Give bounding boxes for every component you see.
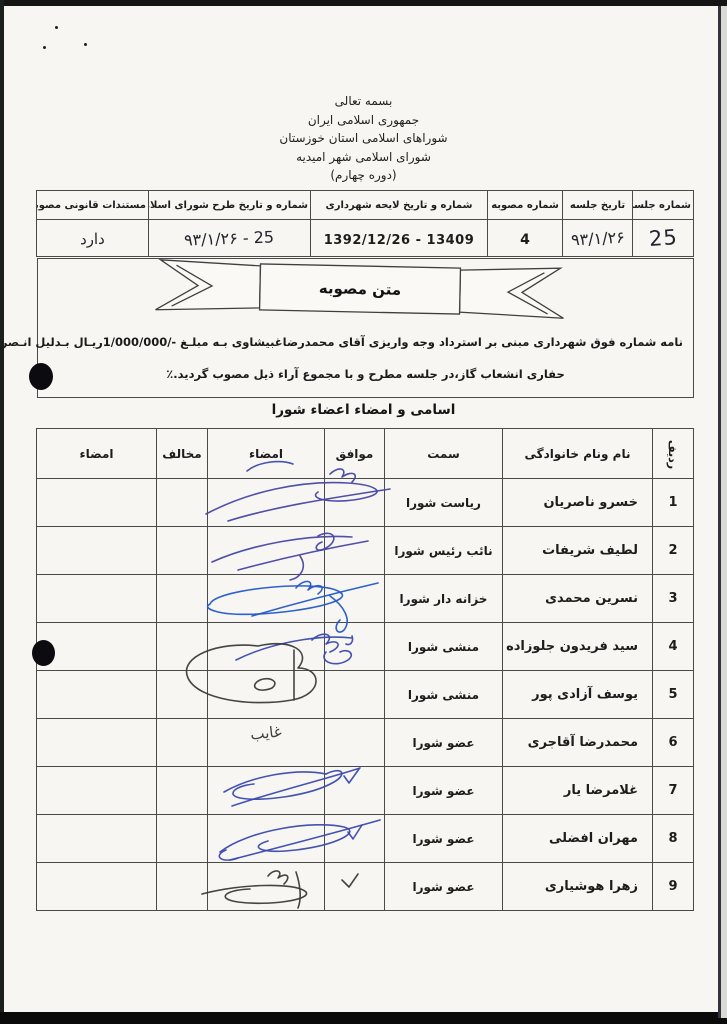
member-name: زهرا هوشیاری — [503, 863, 653, 911]
handwritten-session-number: 25 — [648, 225, 678, 251]
row-number: 2 — [653, 527, 694, 575]
scan-speck — [84, 43, 87, 46]
signature-cell-2 — [37, 671, 157, 719]
agree-cell — [325, 479, 385, 527]
member-row: 2 لطیف شریفات نائب رئیس شورا — [37, 527, 694, 575]
opposed-cell — [157, 767, 208, 815]
row-number: 3 — [653, 575, 694, 623]
signature-cell-2 — [37, 575, 157, 623]
agree-cell — [325, 575, 385, 623]
opposed-cell — [157, 527, 208, 575]
agree-cell — [325, 623, 385, 671]
signature-cell-2 — [37, 767, 157, 815]
member-row: 4 سید فریدون جلوزاده منشی شورا — [37, 623, 694, 671]
member-name: محمدرضا آقاجری — [503, 719, 653, 767]
agree-cell — [325, 767, 385, 815]
row-number: 9 — [653, 863, 694, 911]
agree-cell — [325, 527, 385, 575]
member-name: غلامرضا یار — [503, 767, 653, 815]
signature-cell-2 — [37, 527, 157, 575]
signature-cell — [208, 575, 325, 623]
resolution-text: نامه شماره فوق شهرداری مبنی بر استرداد و… — [48, 327, 683, 389]
member-name: مهران افضلی — [503, 815, 653, 863]
col-header-opposed: مخالف — [157, 429, 208, 479]
resolution-text-line1: نامه شماره فوق شهرداری مبنی بر استرداد و… — [48, 327, 683, 357]
scan-speck — [55, 26, 58, 29]
member-position: عضو شورا — [385, 815, 503, 863]
opposed-cell — [157, 815, 208, 863]
signature-cell — [208, 815, 325, 863]
member-name: لطیف شریفات — [503, 527, 653, 575]
member-position: ریاست شورا — [385, 479, 503, 527]
meta-header-resolution-no: شماره مصوبه — [488, 191, 563, 220]
meta-value-row: 25 ۹۳/۱/۲۶ 4 1392/12/26 - 13409 ۹۳/۱/۲۶ … — [37, 220, 694, 257]
member-row: 3 نسرین محمدی خزانه دار شورا — [37, 575, 694, 623]
signature-cell-2 — [37, 479, 157, 527]
member-name: یوسف آزادی پور — [503, 671, 653, 719]
member-position: خزانه دار شورا — [385, 575, 503, 623]
resolution-meta-table: شماره جلسه تاریخ جلسه شماره مصوبه شماره … — [36, 190, 694, 257]
member-row: 8 مهران افضلی عضو شورا — [37, 815, 694, 863]
resolution-number: 4 — [520, 232, 530, 248]
row-number: 1 — [653, 479, 694, 527]
col-header-row-number: ردیف — [653, 429, 694, 479]
signature-cell — [208, 671, 325, 719]
member-name: سید فریدون جلوزاده — [503, 623, 653, 671]
meta-header-session-date: تاریخ جلسه — [563, 191, 633, 220]
handwritten-session-date: ۹۳/۱/۲۶ — [570, 227, 625, 249]
row-number: 7 — [653, 767, 694, 815]
letterhead-line-province-councils: شوراهای اسلامی استان خوزستان — [0, 129, 727, 148]
meta-value-session-date: ۹۳/۱/۲۶ — [563, 220, 633, 257]
agree-cell — [325, 719, 385, 767]
row-number: 4 — [653, 623, 694, 671]
members-table: ردیف نام ونام خانوادگی سمت موافق امضاء م… — [36, 428, 694, 911]
members-section-title: اسامی و امضاء اعضاء شورا — [0, 402, 727, 418]
col-header-position: سمت — [385, 429, 503, 479]
letterhead-line-bismillah: بسمه تعالی — [0, 92, 727, 111]
meta-header-plan-no-date: شماره و تاریخ طرح شورای اسلامی — [149, 191, 311, 220]
member-row: 9 زهرا هوشیاری عضو شورا — [37, 863, 694, 911]
letterhead-line-republic: جمهوری اسلامی ایران — [0, 111, 727, 130]
resolution-banner: متن مصوبه — [149, 259, 570, 322]
handwritten-legal-docs: دارد — [80, 229, 105, 247]
member-position: عضو شورا — [385, 863, 503, 911]
letterhead-line-city-council: شورای اسلامی شهر امیدیه — [0, 148, 727, 167]
row-number: 5 — [653, 671, 694, 719]
member-position: عضو شورا — [385, 719, 503, 767]
hole-punch — [32, 640, 55, 666]
meta-value-plan-no-date: ۹۳/۱/۲۶ - 25 — [149, 220, 311, 257]
meta-value-bill-no-date: 1392/12/26 - 13409 — [311, 220, 488, 257]
agree-cell — [325, 671, 385, 719]
resolution-banner-title: متن مصوبه — [260, 264, 461, 314]
col-header-signature: امضاء — [208, 429, 325, 479]
agree-cell — [325, 863, 385, 911]
signature-cell — [208, 527, 325, 575]
signature-cell-2 — [37, 719, 157, 767]
opposed-cell — [157, 863, 208, 911]
signature-cell — [208, 863, 325, 911]
opposed-cell — [157, 671, 208, 719]
member-row: 1 خسرو ناصریان ریاست شورا — [37, 479, 694, 527]
opposed-cell — [157, 623, 208, 671]
meta-header-bill-no-date: شماره و تاریخ لایحه شهرداری — [311, 191, 488, 220]
members-header-row: ردیف نام ونام خانوادگی سمت موافق امضاء م… — [37, 429, 694, 479]
scan-edge-bottom — [0, 1012, 727, 1024]
signature-cell-2 — [37, 815, 157, 863]
ribbon-right-tail — [459, 266, 564, 318]
row-number: 6 — [653, 719, 694, 767]
signature-cell — [208, 767, 325, 815]
meta-header-legal-docs: مستندات قانونی مصوبه — [37, 191, 149, 220]
meta-value-session-no: 25 — [633, 220, 694, 257]
opposed-cell — [157, 479, 208, 527]
member-position: منشی شورا — [385, 671, 503, 719]
member-row: 5 یوسف آزادی پور منشی شورا — [37, 671, 694, 719]
row-number: 8 — [653, 815, 694, 863]
resolution-box: متن مصوبه نامه شماره فوق شهرداری مبنی بر… — [37, 258, 694, 398]
member-row: 6 محمدرضا آقاجری عضو شورا — [37, 719, 694, 767]
handwritten-plan-number-date: ۹۳/۱/۲۶ - 25 — [184, 227, 275, 249]
scan-speck — [43, 46, 46, 49]
ribbon-left-tail — [156, 260, 261, 312]
signature-cell-2 — [37, 863, 157, 911]
letterhead: بسمه تعالی جمهوری اسلامی ایران شوراهای ا… — [0, 92, 727, 185]
bill-number-date: 1392/12/26 - 13409 — [324, 233, 475, 248]
meta-value-resolution-no: 4 — [488, 220, 563, 257]
member-row: 7 غلامرضا یار عضو شورا — [37, 767, 694, 815]
signature-cell — [208, 479, 325, 527]
agree-cell — [325, 815, 385, 863]
signature-cell — [208, 623, 325, 671]
col-header-agree: موافق — [325, 429, 385, 479]
scanned-document-page: بسمه تعالی جمهوری اسلامی ایران شوراهای ا… — [0, 0, 727, 1024]
member-position: عضو شورا — [385, 767, 503, 815]
col-header-signature-2: امضاء — [37, 429, 157, 479]
signature-cell-2 — [37, 623, 157, 671]
opposed-cell — [157, 575, 208, 623]
member-position: نائب رئیس شورا — [385, 527, 503, 575]
hole-punch — [29, 363, 53, 390]
letterhead-line-term: (دوره چهارم) — [0, 166, 727, 185]
opposed-cell — [157, 719, 208, 767]
member-name: خسرو ناصریان — [503, 479, 653, 527]
meta-header-row: شماره جلسه تاریخ جلسه شماره مصوبه شماره … — [37, 191, 694, 220]
col-header-full-name: نام ونام خانوادگی — [503, 429, 653, 479]
meta-value-legal-docs: دارد — [37, 220, 149, 257]
member-name: نسرین محمدی — [503, 575, 653, 623]
resolution-text-line2: حفاری انشعاب گاز،در جلسه مطرح و با مجموع… — [48, 359, 683, 389]
member-position: منشی شورا — [385, 623, 503, 671]
scan-edge-top — [0, 0, 727, 6]
meta-header-session-no: شماره جلسه — [633, 191, 694, 220]
